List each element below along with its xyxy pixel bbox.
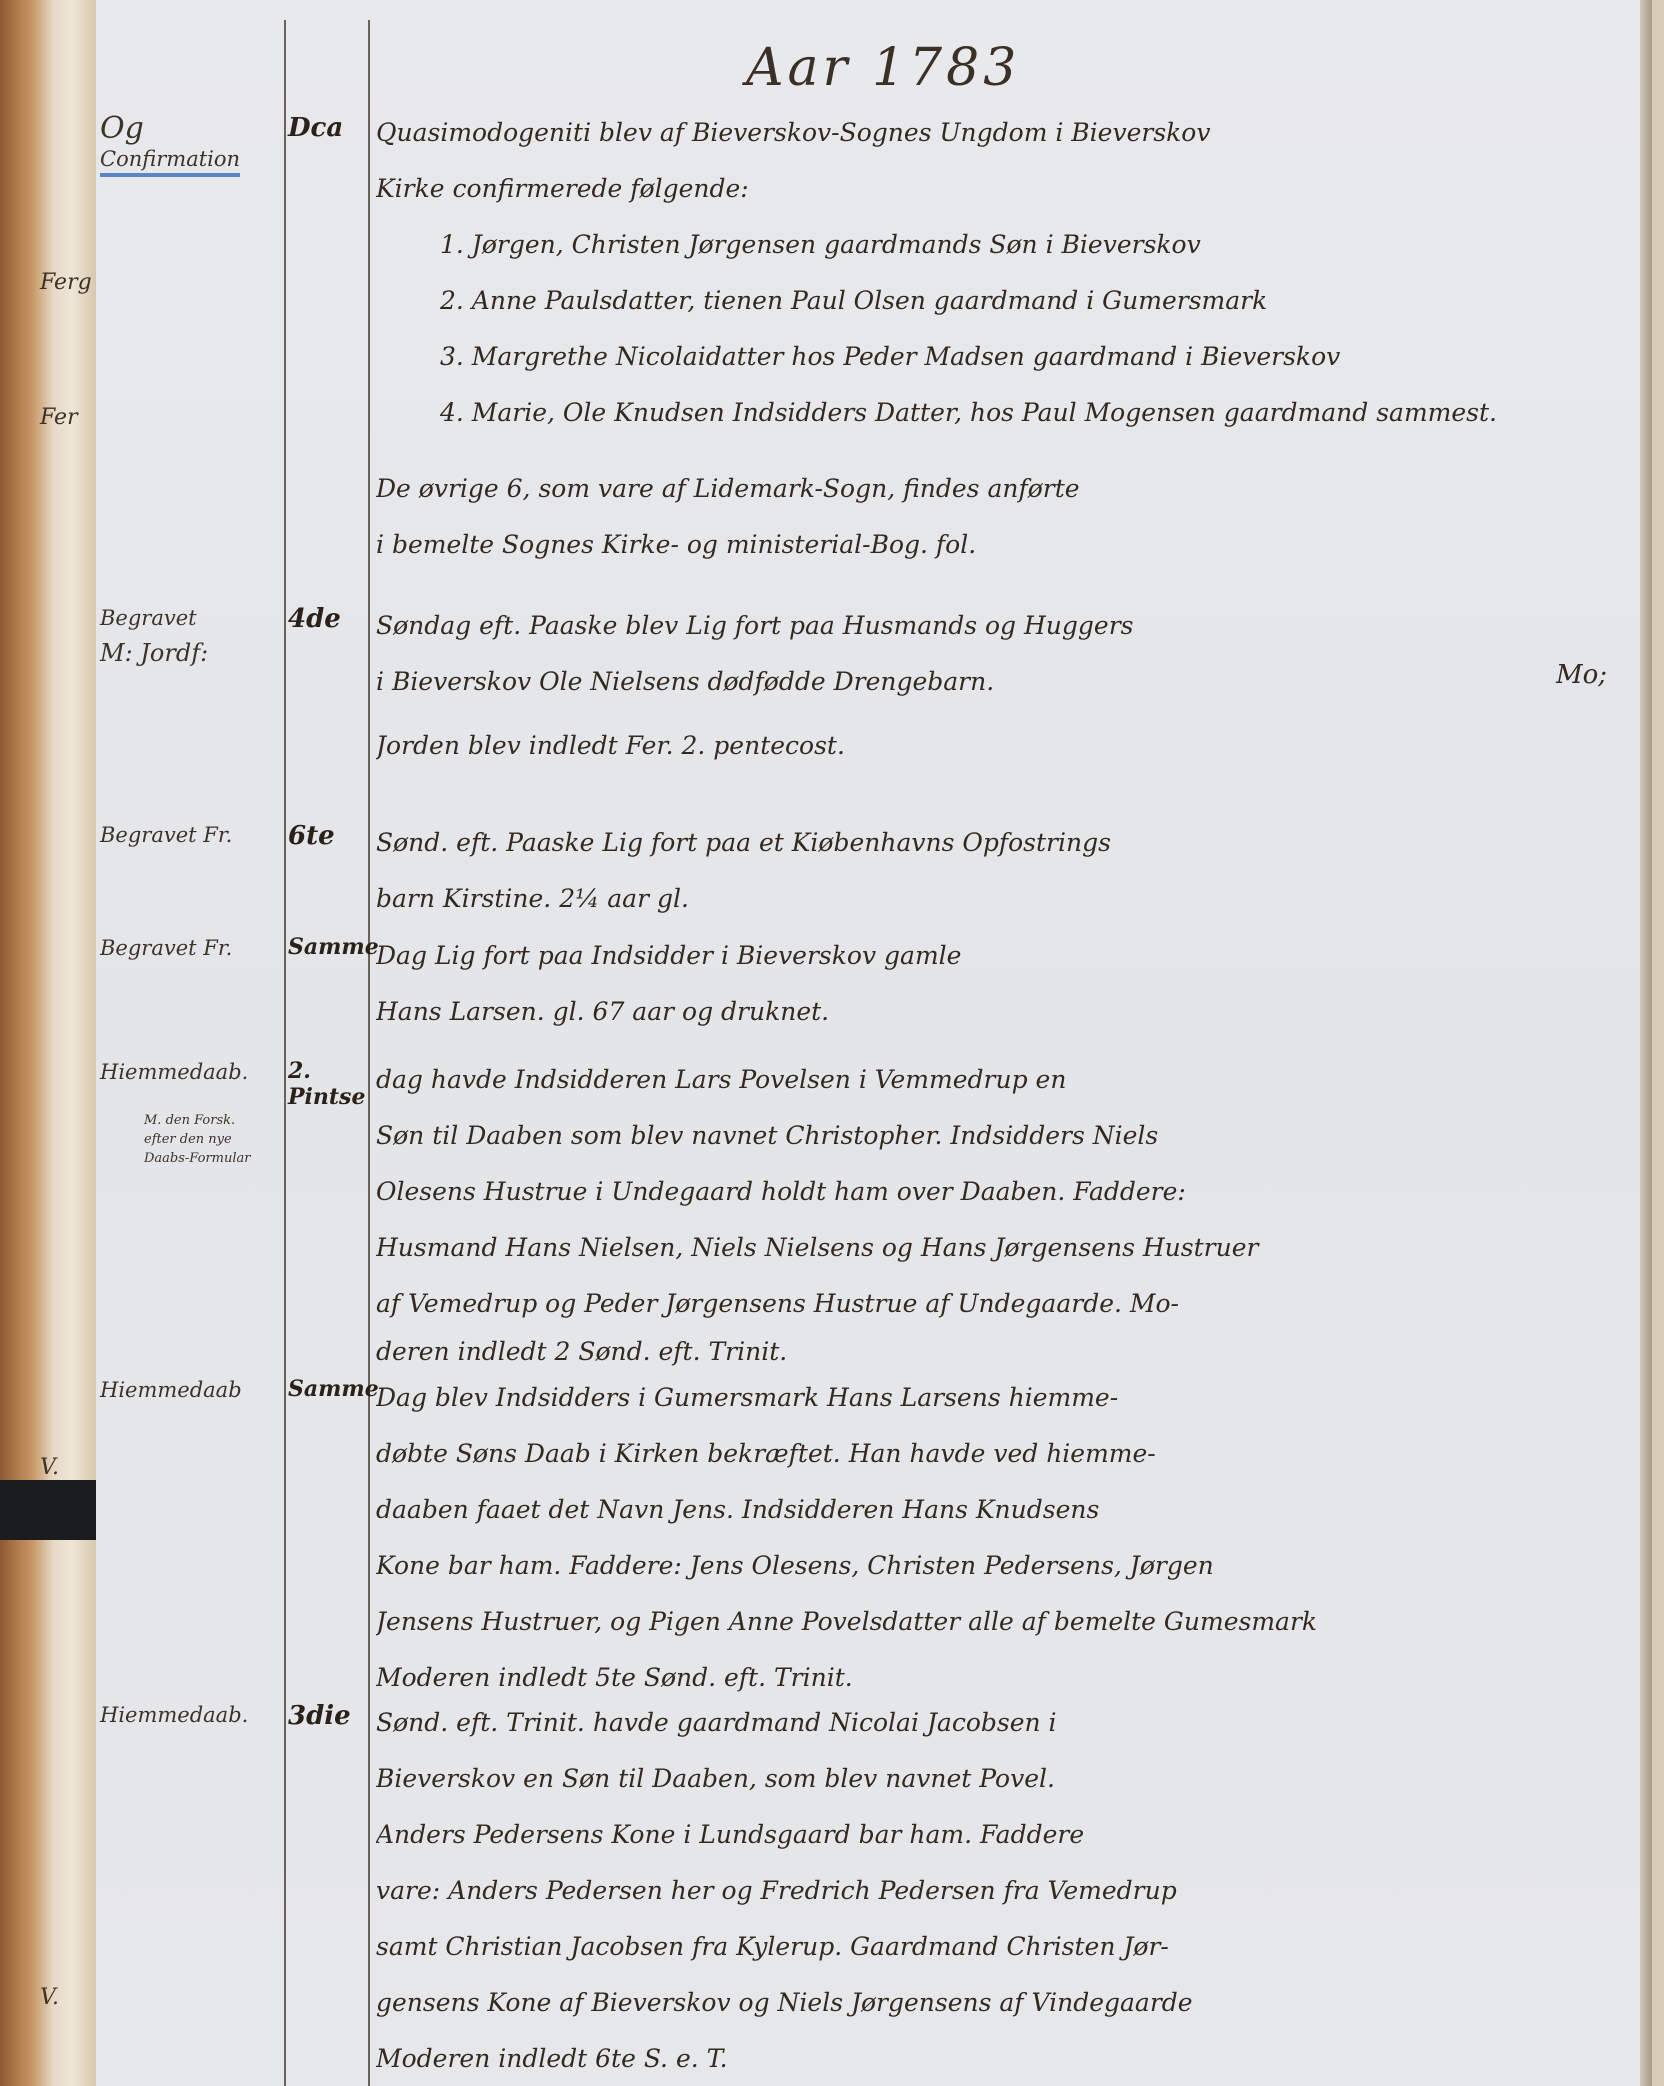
entry-date: 4de bbox=[288, 604, 366, 634]
text-line: Søn til Daaben som blev navnet Christoph… bbox=[376, 1108, 1636, 1164]
column-rule-margin bbox=[284, 20, 286, 2086]
text-line: Quasimodogeniti blev af Bieverskov-Sogne… bbox=[376, 105, 1636, 161]
entry-text: dag havde Indsidderen Lars Povelsen i Ve… bbox=[376, 1052, 1636, 1372]
text-line: Dag Lig fort paa Indsidder i Bieverskov … bbox=[376, 928, 1636, 984]
spine-mark: V. bbox=[40, 1985, 59, 2010]
text-line: Moderen indledt 6te S. e. T. bbox=[376, 2031, 1636, 2086]
text-line: barn Kirstine. 2¼ aar gl. bbox=[376, 871, 1636, 927]
margin-note-line: M. den Forsk. bbox=[144, 1112, 284, 1131]
text-line: Sønd. eft. Paaske Lig fort paa et Kiøben… bbox=[376, 815, 1636, 871]
text-line: dag havde Indsidderen Lars Povelsen i Ve… bbox=[376, 1052, 1636, 1108]
entry-date: 2. Pintse bbox=[288, 1058, 366, 1110]
text-line: gensens Kone af Bieverskov og Niels Jørg… bbox=[376, 1975, 1636, 2031]
margin-label: Confirmation bbox=[100, 147, 240, 177]
margin-prefix: Og bbox=[100, 111, 144, 146]
text-line: De øvrige 6, som vare af Lidemark-Sogn, … bbox=[376, 461, 1636, 517]
text-line: Kone bar ham. Faddere: Jens Olesens, Chr… bbox=[376, 1538, 1636, 1594]
margin-label: Begravet bbox=[100, 606, 286, 631]
margin-label: Begravet Fr. bbox=[96, 823, 286, 848]
margin-label-2: M: Jordf: bbox=[100, 639, 286, 668]
margin-label: Hiemmedaab. bbox=[96, 1060, 286, 1085]
text-line: døbte Søns Daab i Kirken bekræftet. Han … bbox=[376, 1426, 1636, 1482]
text-line: 4. Marie, Ole Knudsen Indsidders Datter,… bbox=[376, 385, 1636, 441]
entry-text: Dag Lig fort paa Indsidder i Bieverskov … bbox=[376, 928, 1636, 1040]
text-line: Bieverskov en Søn til Daaben, som blev n… bbox=[376, 1751, 1636, 1807]
text-line: daaben faaet det Navn Jens. Indsidderen … bbox=[376, 1482, 1636, 1538]
page-edge bbox=[1640, 0, 1652, 2086]
book-spine bbox=[0, 0, 96, 2086]
entry-date: Dca bbox=[288, 113, 366, 143]
text-line: Olesens Hustrue i Undegaard holdt ham ov… bbox=[376, 1164, 1636, 1220]
entry-date: Samme bbox=[288, 1376, 366, 1402]
text-line: i Bieverskov Ole Nielsens dødfødde Dreng… bbox=[376, 654, 1636, 710]
text-line: 1. Jørgen, Christen Jørgensen gaardmands… bbox=[376, 217, 1636, 273]
text-line: Anders Pedersens Kone i Lundsgaard bar h… bbox=[376, 1807, 1636, 1863]
entry-text: Sønd. eft. Paaske Lig fort paa et Kiøben… bbox=[376, 815, 1636, 927]
entry-text: Søndag eft. Paaske blev Lig fort paa Hus… bbox=[376, 598, 1636, 774]
entry-date: 6te bbox=[288, 821, 366, 851]
margin-label: Hiemmedaab bbox=[96, 1378, 286, 1403]
text-line: Jensens Hustruer, og Pigen Anne Povelsda… bbox=[376, 1594, 1636, 1650]
text-line: 3. Margrethe Nicolaidatter hos Peder Mad… bbox=[376, 329, 1636, 385]
side-note: Mo; bbox=[1556, 660, 1607, 690]
text-line: Jorden blev indledt Fer. 2. pentecost. bbox=[376, 718, 1636, 774]
text-line: samt Christian Jacobsen fra Kylerup. Gaa… bbox=[376, 1919, 1636, 1975]
margin-note-line: efter den nye bbox=[144, 1131, 284, 1150]
margin-note-line: Daabs-Formular bbox=[144, 1150, 284, 1169]
text-line: deren indledt 2 Sønd. eft. Trinit. bbox=[376, 1332, 1636, 1372]
margin-label: Begravet Fr. bbox=[96, 936, 286, 961]
text-line: i bemelte Sognes Kirke- og ministerial-B… bbox=[376, 517, 1636, 573]
entry-date: 3die bbox=[288, 1701, 366, 1731]
register-page: Aar 1783 Og Confirmation Dca Quasimodoge… bbox=[96, 0, 1652, 2086]
entry-text: Quasimodogeniti blev af Bieverskov-Sogne… bbox=[376, 105, 1636, 573]
text-line: af Vemedrup og Peder Jørgensens Hustrue … bbox=[376, 1276, 1636, 1332]
text-line: Husmand Hans Nielsen, Niels Nielsens og … bbox=[376, 1220, 1636, 1276]
column-rule-date bbox=[368, 20, 370, 2086]
text-line: Kirke confirmerede følgende: bbox=[376, 161, 1636, 217]
entry-text: Dag blev Indsidders i Gumersmark Hans La… bbox=[376, 1370, 1636, 1706]
text-line: 2. Anne Paulsdatter, tienen Paul Olsen g… bbox=[376, 273, 1636, 329]
entry-date: Samme bbox=[288, 934, 366, 960]
spine-mark: V. bbox=[40, 1455, 59, 1480]
margin-label: Hiemmedaab. bbox=[96, 1703, 286, 1728]
text-line: Dag blev Indsidders i Gumersmark Hans La… bbox=[376, 1370, 1636, 1426]
spine-mark: Ferg bbox=[40, 270, 92, 295]
text-line: Søndag eft. Paaske blev Lig fort paa Hus… bbox=[376, 598, 1636, 654]
spine-mark: Fer bbox=[40, 405, 78, 430]
page-title: Aar 1783 bbox=[746, 38, 1020, 98]
text-line: vare: Anders Pedersen her og Fredrich Pe… bbox=[376, 1863, 1636, 1919]
text-line: Sønd. eft. Trinit. havde gaardmand Nicol… bbox=[376, 1695, 1636, 1751]
entry-text: Sønd. eft. Trinit. havde gaardmand Nicol… bbox=[376, 1695, 1636, 2086]
text-line: Hans Larsen. gl. 67 aar og druknet. bbox=[376, 984, 1636, 1040]
